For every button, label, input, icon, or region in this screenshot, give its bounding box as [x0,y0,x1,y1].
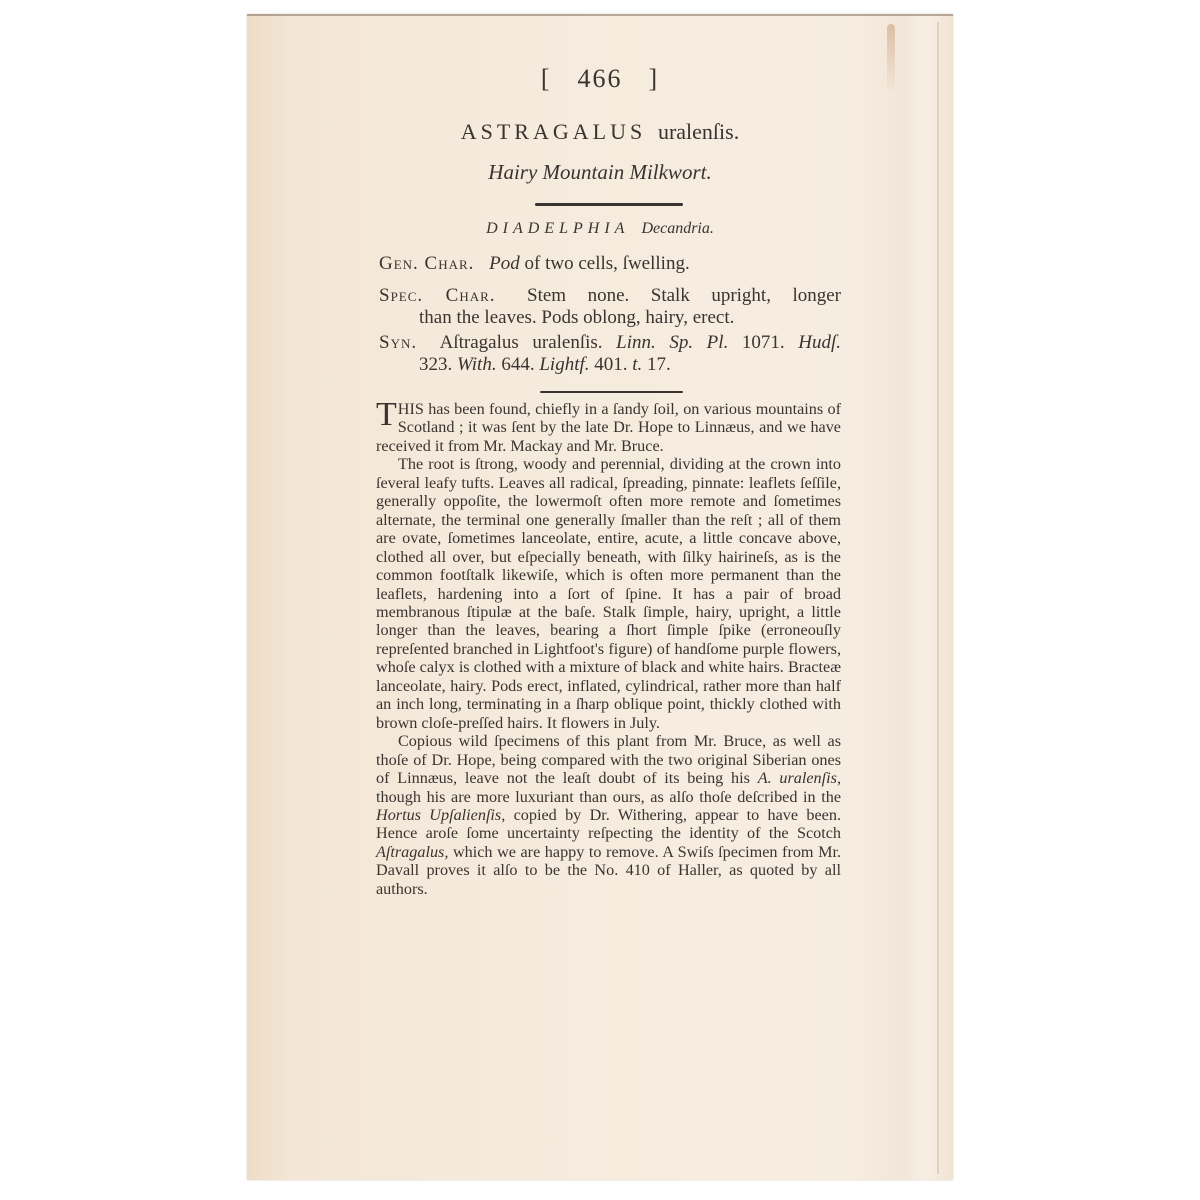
remarks-italic-a-uralensis: A. uralenſis, [758,769,841,787]
paragraph-remarks: Copious wild ſpecimens of this plant fro… [376,732,841,898]
class-name: DIADELPHIA [486,220,629,237]
description-body: THIS has been found, chiefly in a ſandy … [376,400,841,898]
gen-char-label: Gen. Char. [379,253,474,274]
syn-ref3-source: With. [457,354,497,375]
synonymy: Syn. Aſtragalus uralenſis. Linn. Sp. Pl.… [379,332,841,376]
divider-rule [535,203,683,206]
drop-cap: T [376,402,397,428]
common-name: Hairy Mountain Milkwort. [0,160,1200,185]
generic-character: Gen. Char. Pod of two cells, ſwelling. [379,253,841,275]
page-number: [466] [0,64,1200,94]
order-name: Decandria. [641,220,713,237]
divider-rule [540,391,683,393]
syn-ref4-source: Lightf. [539,354,589,375]
syn-ref2-source: Hudſ. [798,332,841,353]
species-epithet: uralenſis. [658,119,739,144]
genus-name: ASTRAGALUS [461,119,646,144]
species-title: ASTRAGALUS uralenſis. [0,119,1200,145]
syn-ref1-page: 1071. [742,332,785,353]
syn-ref1-source: Linn. Sp. Pl. [616,332,728,353]
syn-name: Aſtragalus uralenſis. [440,332,603,353]
gen-char-italic: Pod [489,253,520,274]
syn-ref4-plate-label: t. [632,354,642,375]
paragraph-habitat-text: HIS has been found, chiefly in a ſandy ſ… [376,400,841,455]
page-number-value: 466 [578,64,623,93]
linnaean-classification: DIADELPHIA Decandria. [0,220,1200,238]
gen-char-text: of two cells, ſwelling. [525,253,690,274]
spec-char-line2: than the leaves. Pods oblong, hairy, ere… [379,307,841,329]
syn-ref4-plate-num: 17. [647,354,671,375]
syn-label: Syn. [379,332,417,353]
syn-ref2-page: 323. [419,354,452,375]
syn-ref3-page: 644. [501,354,534,375]
bracket-right: ] [623,64,686,93]
bracket-left: [ [515,64,578,93]
syn-ref4-page: 401. [594,354,627,375]
spec-char-line1: Stem none. Stalk upright, longer [527,285,841,306]
paragraph-description: The root is ſtrong, woody and perennial,… [376,455,841,732]
paragraph-habitat: THIS has been found, chiefly in a ſandy … [376,400,841,455]
remarks-italic-hortus: Hortus Upſalienſis, [376,806,505,824]
remarks-text-c: though his are more luxuriant than ours,… [376,788,841,806]
specific-character: Spec. Char. Stem none. Stalk upright, lo… [379,285,841,329]
remarks-italic-astragalus: Aſtragalus, [376,843,448,861]
spec-char-label: Spec. Char. [379,285,496,306]
